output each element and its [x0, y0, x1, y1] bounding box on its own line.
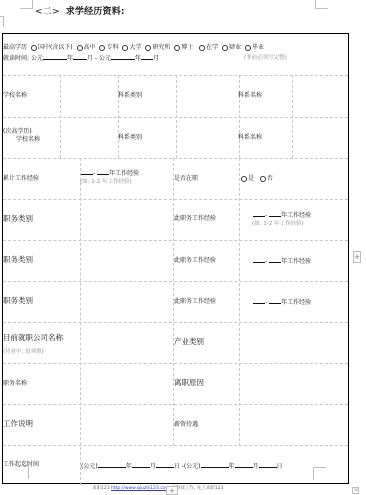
start-year-input[interactable] [98, 461, 126, 468]
radio-button[interactable] [31, 45, 37, 51]
section-title-text: 求学经历资料: [66, 7, 125, 17]
yes-label: 是 [248, 175, 254, 182]
section-bracket: <二> [35, 7, 60, 17]
job-experience-label: 此职务工作经验 [174, 298, 216, 306]
employed-options: 是 否 [239, 175, 273, 183]
range-unit: 年工作经验 [109, 170, 139, 177]
work-period-label: 工作起迄时间 [3, 461, 39, 469]
radio-button[interactable] [145, 45, 151, 51]
radio-button[interactable] [99, 45, 105, 51]
table-resize-handle[interactable]: ⇲ [352, 487, 359, 494]
row-divider [3, 404, 348, 405]
col-divider [292, 75, 293, 158]
footer-link[interactable]: http://www.qiuzhi123.com [111, 486, 170, 491]
year-input[interactable] [111, 53, 135, 60]
month-input[interactable] [73, 53, 87, 60]
col-divider [239, 158, 240, 446]
work-description-label: 工作说明 [3, 420, 33, 428]
option-label: 研究所 [152, 44, 170, 51]
col-divider [80, 158, 81, 485]
to-year-input[interactable] [97, 168, 109, 175]
radio-button[interactable] [199, 45, 205, 51]
dash: - [265, 258, 267, 265]
start-month-input[interactable] [132, 461, 150, 468]
dept-name-label: 科系名称 [238, 92, 262, 100]
from-year-input[interactable] [253, 256, 265, 263]
option-label: 毕业 [252, 44, 264, 51]
study-period-note: (非前必须写完整) [244, 54, 287, 62]
total-experience-label: 累计工作经验 [3, 175, 39, 183]
highest-education-row: 最高学历 国中(含以下) 高中 专科 大学 研究所 博士 在学 肄业 毕业 [3, 44, 264, 52]
radio-button[interactable] [174, 45, 180, 51]
dash: - [95, 55, 97, 62]
era-label: (公元) [81, 463, 98, 470]
day-label: 日 [277, 463, 283, 470]
era-label: (公元) [184, 463, 201, 470]
page-corner-mark [313, 467, 326, 480]
col-divider [239, 75, 240, 158]
page-corner-mark [28, 463, 29, 479]
radio-button[interactable] [77, 45, 83, 51]
study-period-row: 就读时间: 公元年月 - 公元年月 [3, 53, 159, 63]
page-corner-mark [0, 16, 4, 27]
to-year-input[interactable] [269, 297, 281, 304]
option-label: 专科 [106, 44, 118, 51]
row-divider [3, 199, 348, 200]
col-divider [118, 75, 119, 158]
row-divider [3, 158, 348, 159]
year-input[interactable] [43, 53, 67, 60]
dash: - [265, 212, 267, 219]
no-label: 否 [267, 175, 273, 182]
school-name-label: 学校名称 [16, 136, 40, 144]
salary-label: 薪资待遇 [174, 421, 198, 429]
school-name-label: 学校名称 [3, 92, 27, 100]
era-label: 公元 [99, 55, 111, 62]
experience-example: (如: 1-2 年工作经验) [80, 178, 132, 186]
current-company-note: (待业中, 毋须填) [3, 348, 44, 356]
footer-suffix: 求职找工作, 先上求职123 [171, 486, 223, 491]
experience-example: (如: 1-2 年工作经验) [252, 220, 304, 228]
job-category-label: 职务类别 [3, 256, 33, 264]
to-year-input[interactable] [269, 256, 281, 263]
radio-button[interactable] [122, 45, 128, 51]
dept-type-label: 科系类别 [118, 134, 142, 142]
col-divider [176, 75, 177, 158]
second-education-label: (次高学历) [3, 128, 32, 136]
position-name-label: 职务名称 [3, 380, 27, 388]
option-label: 博士 [181, 44, 193, 51]
add-table-row-button[interactable]: + [166, 486, 178, 495]
work-period-range: (公元)年月日 -(公元)年月日 [81, 461, 283, 471]
dept-name-label: 科系名称 [238, 134, 262, 142]
job-experience-label: 此职务工作经验 [174, 215, 216, 223]
job-experience-range: - 年工作经验 [253, 297, 311, 307]
option-label: 国中(含以下) [38, 44, 73, 51]
era-label: 公元 [31, 55, 43, 62]
option-label: 在学 [206, 44, 218, 51]
month-label: 月 [153, 55, 159, 62]
from-year-input[interactable] [253, 297, 265, 304]
leave-reason-label: 离职原因 [174, 379, 204, 387]
total-experience-range: - 年工作经验 [81, 168, 139, 178]
col-divider [60, 75, 61, 158]
from-year-input[interactable] [81, 168, 93, 175]
dash: - [265, 299, 267, 306]
from-year-input[interactable] [253, 210, 265, 217]
employed-label: 是否在职 [174, 175, 198, 183]
to-year-input[interactable] [269, 210, 281, 217]
option-label: 高中 [84, 44, 96, 51]
option-label: 大学 [129, 44, 141, 51]
page-footer: 求职123 http://www.qiuzhi123.com 求职找工作, 先上… [92, 485, 223, 491]
range-unit: 年工作经验 [281, 258, 311, 265]
range-unit: 年工作经验 [281, 212, 311, 219]
current-company-label: 目前就职公司名称 [3, 334, 63, 342]
day-label: 日 [174, 463, 180, 470]
job-category-label: 职务类别 [3, 297, 33, 305]
study-period-label: 就读时间: [3, 55, 29, 62]
section-title: <二>求学经历资料: [35, 4, 125, 17]
range-unit: 年工作经验 [281, 299, 311, 306]
footer-prefix: 求职123 [92, 486, 110, 491]
radio-no[interactable] [260, 176, 266, 182]
page-corner-mark [315, 0, 328, 9]
row-divider [3, 445, 348, 446]
job-category-label: 职务类别 [3, 215, 33, 223]
start-day-input[interactable] [156, 461, 174, 468]
end-day-input[interactable] [259, 461, 277, 468]
dash: - [93, 170, 95, 177]
row-divider [3, 240, 348, 241]
industry-label: 产业类别 [174, 338, 204, 346]
add-row-button[interactable]: + [353, 251, 361, 263]
row-divider [3, 281, 348, 282]
radio-yes[interactable] [241, 176, 247, 182]
end-month-input[interactable] [235, 461, 253, 468]
end-year-input[interactable] [201, 461, 229, 468]
job-experience-range: - 年工作经验 [253, 256, 311, 266]
page-corner-mark [20, 0, 33, 9]
row-divider [3, 322, 348, 323]
option-label: 肄业 [229, 44, 241, 51]
highest-education-label: 最高学历 [3, 44, 27, 51]
month-label: 月 [87, 55, 93, 62]
radio-button[interactable] [222, 45, 228, 51]
job-experience-label: 此职务工作经验 [174, 257, 216, 265]
job-experience-range: - 年工作经验 [253, 210, 311, 220]
month-input[interactable] [141, 53, 153, 60]
row-divider [3, 363, 348, 364]
radio-button[interactable] [245, 45, 251, 51]
dept-type-label: 科系类别 [118, 92, 142, 100]
